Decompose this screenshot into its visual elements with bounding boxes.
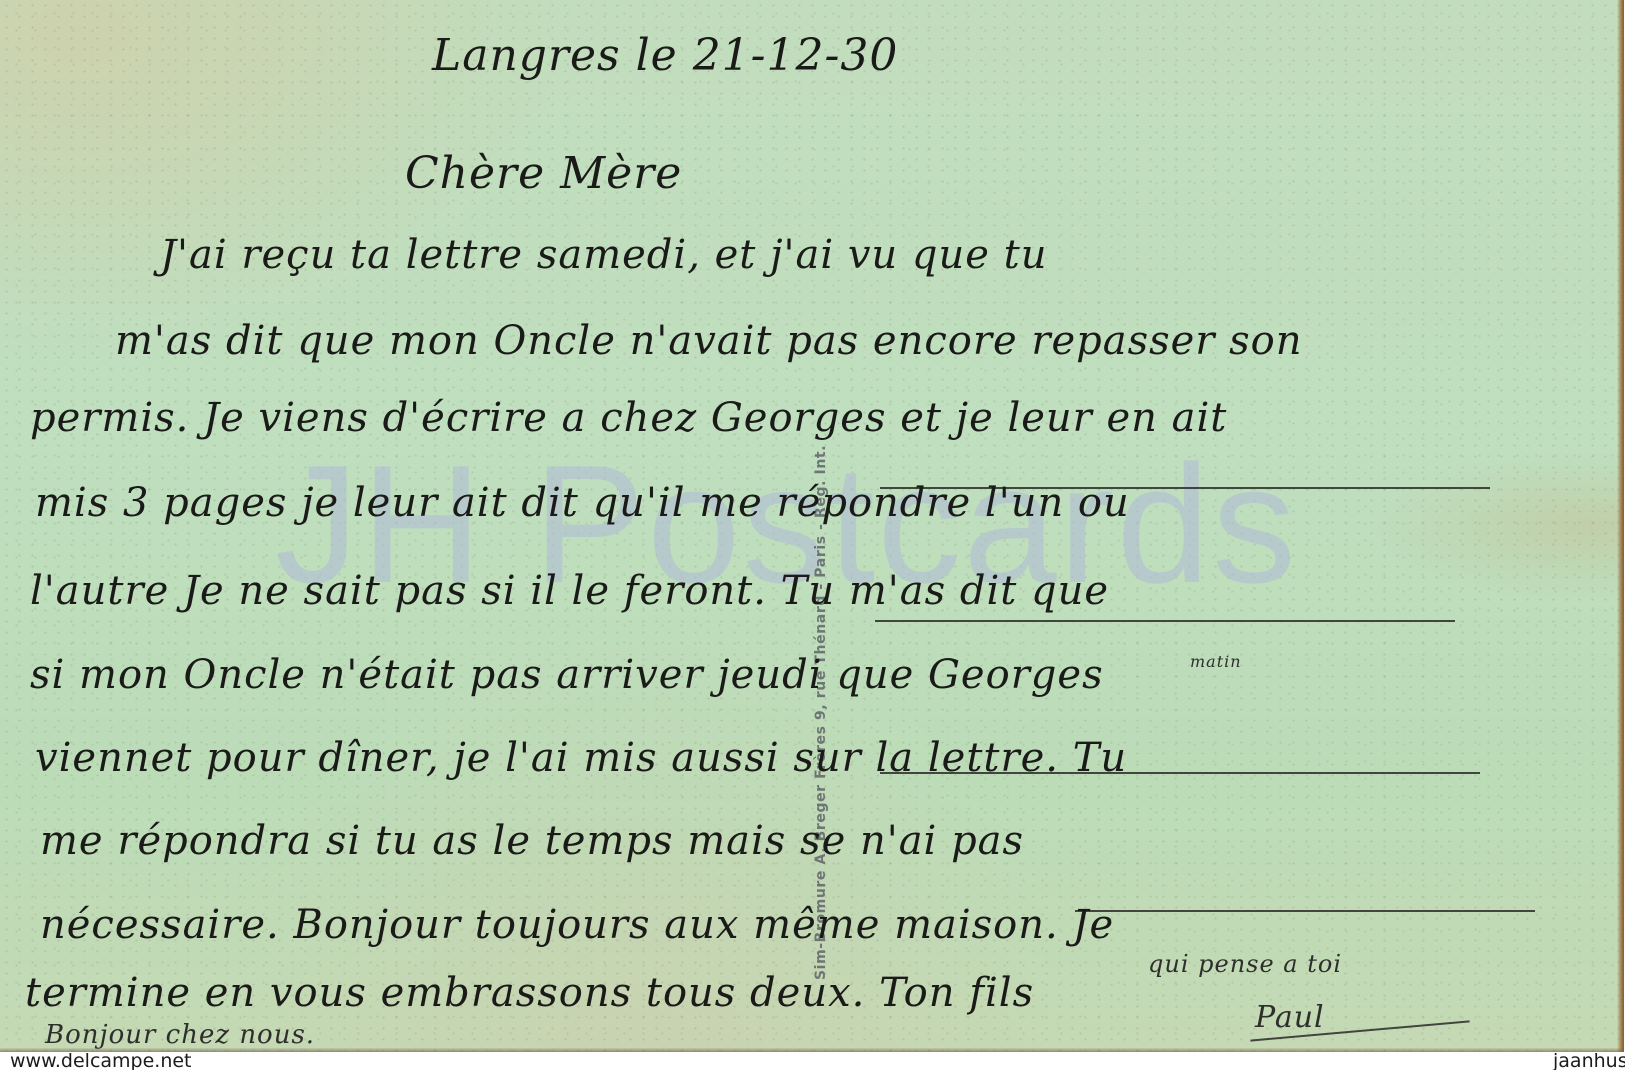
letter-line-1: J'ai reçu ta lettre samedi, et j'ai vu q… [160,232,1048,278]
paper-texture [0,0,1624,1052]
signature: Paul [1255,1000,1325,1035]
letter-line-2: m'as dit que mon Oncle n'avait pas encor… [115,318,1303,364]
letter-line-4: mis 3 pages je leur ait dit qu'il me rép… [35,480,1130,526]
card-edge [0,1048,1624,1052]
bottom-note: Bonjour chez nous. [45,1020,315,1050]
strike-stroke [880,772,1480,774]
interlinear-note: matin [1190,652,1242,671]
letter-line-9: nécessaire. Bonjour toujours aux même ma… [40,902,1114,948]
seller-caption: jaanhus [1553,1052,1625,1070]
letter-line-5: l'autre Je ne sait pas si il le feront. … [30,568,1109,614]
place-date: Langres le 21-12-30 [432,30,898,81]
letter-line-3: permis. Je viens d'écrire a chez Georges… [30,395,1227,441]
underline-stroke [1075,910,1535,912]
letter-line-8: me répondra si tu as le temps mais se n'… [40,818,1024,864]
letter-line-10: termine en vous embrassons tous deux. To… [25,970,1034,1016]
source-caption: www.delcampe.net [10,1052,192,1070]
letter-line-7: viennet pour dîner, je l'ai mis aussi su… [35,735,1127,781]
postcard: JH Postcards Sim-Bromure A. Breger Frère… [0,0,1624,1052]
letter-line-6: si mon Oncle n'était pas arriver jeudi q… [30,652,1104,698]
postscript: qui pense a toi [1148,950,1342,978]
salutation: Chère Mère [405,148,682,199]
underline-stroke [875,620,1455,622]
